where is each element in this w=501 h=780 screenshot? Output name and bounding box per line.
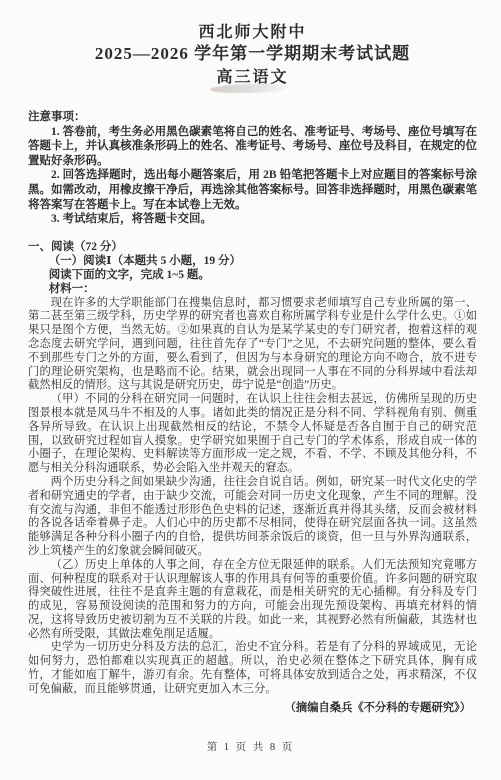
notice-heading: 注意事项： xyxy=(28,110,477,125)
notice-item-3: 3. 考试结束后，将答题卡交回。 xyxy=(28,212,477,227)
subsection-heading: （一）阅读Ⅰ（本题共 5 小题，19 分） xyxy=(28,254,477,268)
notice-item-1: 1. 答卷前，考生务必用黑色碳素笔将自己的姓名、准考证号、考场号、座位号填写在答… xyxy=(28,125,477,169)
page-footer: 第 1 页 共 8 页 xyxy=(0,739,501,754)
part-heading: 一、阅读（72 分） xyxy=(28,240,477,254)
subject-title: 高三语文 xyxy=(216,67,288,88)
school-title: 西北师大附中 xyxy=(28,22,477,43)
reading-section: 一、阅读（72 分） （一）阅读Ⅰ（本题共 5 小题，19 分） 阅读下面的文字… xyxy=(28,240,477,297)
material-paragraph-1: 现在许多的大学职能部门在搜集信息时，都习惯要求老师填写自己专业所属的第一、第二甚… xyxy=(28,297,477,394)
exam-title: 2025—2026 学年第一学期期末考试试题 xyxy=(28,43,477,65)
material-paragraph-5: 史学为一切历史分科及方法的总汇，治史不宜分科。若是有了分科的界域成见，无论如何努… xyxy=(28,641,477,696)
attribution: （摘编自桑兵《不分科的专题研究》） xyxy=(28,699,477,715)
material-paragraph-2: （甲）不同的分科在研究同一问题时，在认识上往往会相去甚远，仿佛所呈现的历史图景根… xyxy=(28,393,477,476)
material-label: 材料一： xyxy=(28,282,477,296)
notice-item-2: 2. 回答选择题时，选出每小题答案后，用 2B 铅笔把答题卡上对应题目的答案标号… xyxy=(28,168,477,212)
exam-paper-page: 西北师大附中 2025—2026 学年第一学期期末考试试题 高三语文 注意事项：… xyxy=(0,0,501,780)
reading-instruction: 阅读下面的文字，完成 1~5 题。 xyxy=(28,268,477,282)
material-paragraph-4: （乙）历史上单体的人事之间，存在全方位无限延伸的联系。人们无法预知究竟哪方面、何… xyxy=(28,559,477,642)
material-paragraph-3: 两个历史分科之间如果缺少沟通，往往会自说自话。例如，研究某一时代文化史的学者和研… xyxy=(28,476,477,559)
notice-section: 注意事项： 1. 答卷前，考生务必用黑色碳素笔将自己的姓名、准考证号、考场号、座… xyxy=(28,110,477,227)
material-body: 现在许多的大学职能部门在搜集信息时，都习惯要求老师填写自己专业所属的第一、第二甚… xyxy=(28,297,477,715)
title-block: 西北师大附中 2025—2026 学年第一学期期末考试试题 高三语文 xyxy=(28,22,477,88)
